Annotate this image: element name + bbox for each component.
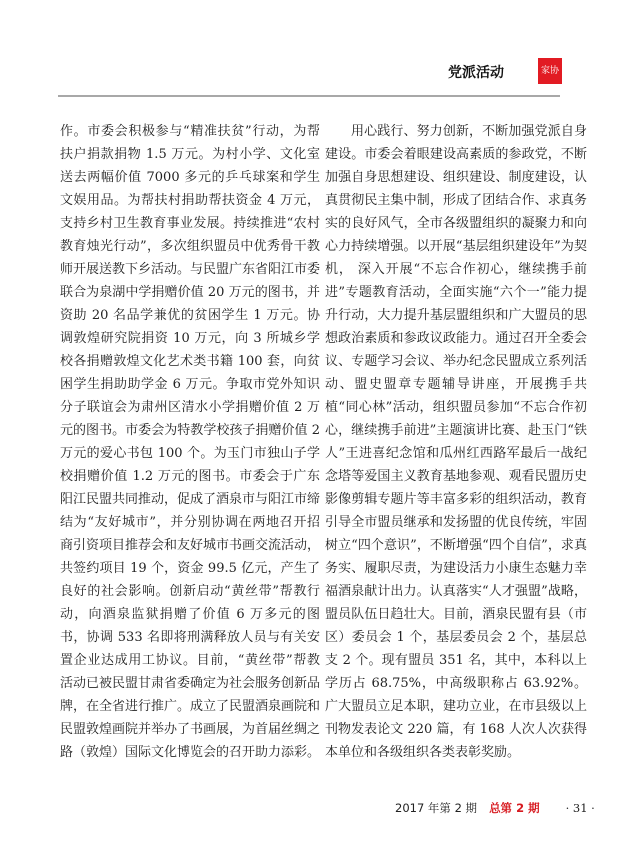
page-number: · 31 · [566, 801, 595, 815]
article-left-column: 作。市委会积极参与“精准扶贫”行动，为帮扶户捐款捐物 1.5 万元。为村小学、文… [60, 120, 320, 764]
header-rule [58, 95, 560, 97]
paragraph: 用心践行、努力创新，不断加强党派自身建设。市委会着眼建设高素质的参政党，不断加强… [325, 120, 587, 764]
article-right-column: 用心践行、努力创新，不断加强党派自身建设。市委会着眼建设高素质的参政党，不断加强… [325, 120, 587, 764]
page-footer: 2017 年第 2 期 总第 2 期 · 31 · [395, 800, 595, 816]
issue-label: 2017 年第 2 期 [395, 800, 477, 816]
seal-logo: 家协 [538, 58, 562, 84]
brand-label: 总第 2 期 [489, 800, 540, 816]
paragraph: 作。市委会积极参与“精准扶贫”行动，为帮扶户捐款捐物 1.5 万元。为村小学、文… [60, 120, 320, 764]
section-title: 党派活动 [448, 62, 504, 82]
